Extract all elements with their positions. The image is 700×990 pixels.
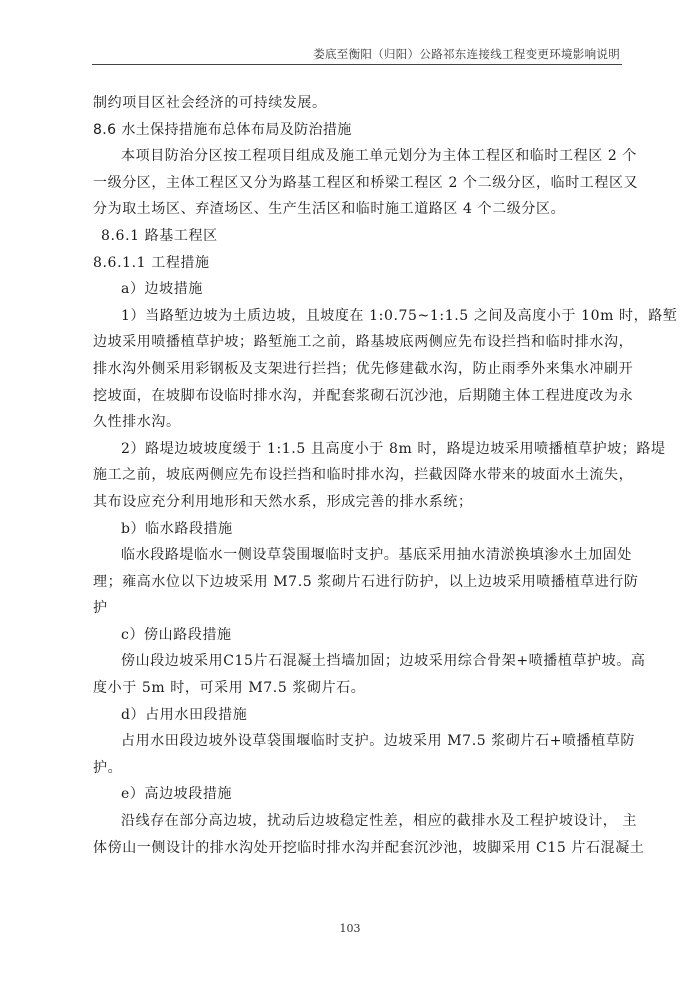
item-label-b: b）临水路段措施 <box>93 516 621 543</box>
item-label-a: a）边坡措施 <box>93 276 621 303</box>
section-heading-8-6: 8.6 水土保持措施布总体布局及防治措施 <box>93 117 621 144</box>
paragraph-line: 本项目防治分区按工程项目组成及施工单元划分为主体工程区和临时工程区 2 个 <box>93 143 621 170</box>
document-body: 制约项目区社会经济的可持续发展。 8.6 水土保持措施布总体布局及防治措施 本项… <box>93 90 621 861</box>
paragraph-line: 一级分区，主体工程区又分为路基工程区和桥梁工程区 2 个二级分区，临时工程区又 <box>93 170 621 197</box>
section-heading-8-6-1: 8.6.1 路基工程区 <box>93 223 621 250</box>
paragraph-line: 护。 <box>93 755 621 782</box>
item-label-d: d）占用水田段措施 <box>93 702 621 729</box>
section-heading-8-6-1-1: 8.6.1.1 工程措施 <box>93 250 621 277</box>
item-label-c: c）傍山路段措施 <box>93 622 621 649</box>
paragraph-line: 制约项目区社会经济的可持续发展。 <box>93 90 621 117</box>
paragraph-line: 施工之前，坡底两侧应先布设拦挡和临时排水沟，拦截因降水带来的坡面水土流失， <box>93 462 621 489</box>
paragraph-line: 度小于 5m 时，可采用 M7.5 浆砌片石。 <box>93 675 621 702</box>
page-header: 娄底至衡阳（归阳）公路祁东连接线工程变更环境影响说明 <box>92 44 622 65</box>
page-number: 103 <box>0 922 700 935</box>
paragraph-line: 挖坡面，在坡脚布设临时排水沟，并配套浆砌石沉沙池，后期随主体工程进度改为永 <box>93 383 621 410</box>
item-label-e: e）高边坡段措施 <box>93 781 621 808</box>
paragraph-line: 护 <box>93 595 621 622</box>
paragraph-line: 分为取土场区、弃渣场区、生产生活区和临时施工道路区 4 个二级分区。 <box>93 196 621 223</box>
paragraph-line: 边坡采用喷播植草护坡；路堑施工之前，路基坡底两侧应先布设拦挡和临时排水沟， <box>93 329 621 356</box>
paragraph-line: 2）路堤边坡坡度缓于 1:1.5 且高度小于 8m 时，路堤边坡采用喷播植草护坡… <box>93 436 621 463</box>
paragraph-line: 理；雍高水位以下边坡采用 M7.5 浆砌片石进行防护，以上边坡采用喷播植草进行防 <box>93 569 621 596</box>
paragraph-line: 其布设应充分利用地形和天然水系，形成完善的排水系统； <box>93 489 621 516</box>
paragraph-line: 沿线存在部分高边坡，扰动后边坡稳定性差，相应的截排水及工程护坡设计， 主 <box>93 808 621 835</box>
paragraph-line: 体傍山一侧设计的排水沟处开挖临时排水沟并配套沉沙池，坡脚采用 C15 片石混凝土 <box>93 835 621 862</box>
paragraph-line: 排水沟外侧采用彩钢板及支架进行拦挡；优先修建截水沟，防止雨季外来集水冲刷开 <box>93 356 621 383</box>
paragraph-line: 傍山段边坡采用C15片石混凝土挡墙加固；边坡采用综合骨架+喷播植草护坡。高 <box>93 648 621 675</box>
paragraph-line: 久性排水沟。 <box>93 409 621 436</box>
paragraph-line: 1）当路堑边坡为土质边坡，且坡度在 1:0.75~1:1.5 之间及高度小于 1… <box>93 303 621 330</box>
document-title: 娄底至衡阳（归阳）公路祁东连接线工程变更环境影响说明 <box>313 46 620 62</box>
paragraph-line: 占用水田段边坡外设草袋围堰临时支护。边坡采用 M7.5 浆砌片石+喷播植草防 <box>93 728 621 755</box>
paragraph-line: 临水段路堤临水一侧设草袋围堰临时支护。基底采用抽水清淤换填渗水土加固处 <box>93 542 621 569</box>
